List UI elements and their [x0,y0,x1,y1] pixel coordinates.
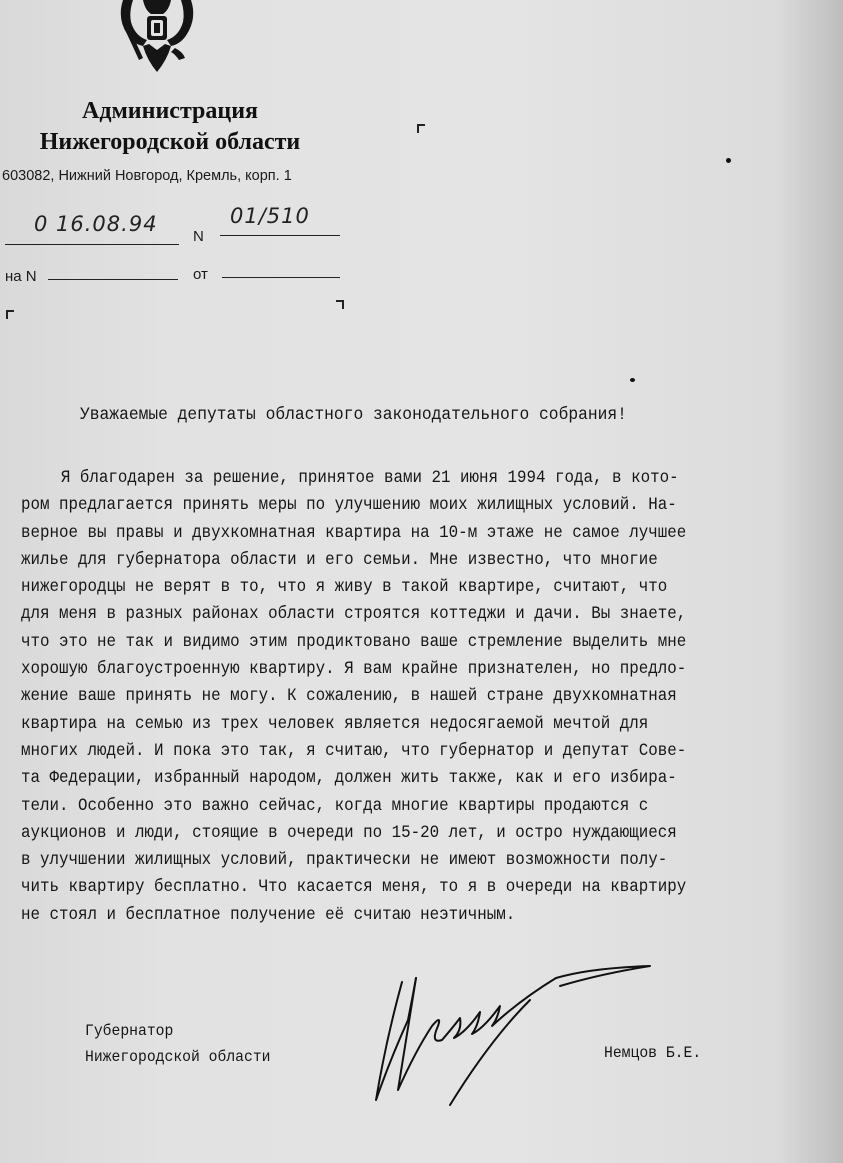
body-line: в улучшении жилищных условий, практическ… [21,847,763,874]
coat-of-arms-icon [113,0,201,74]
body-line: квартира на семью из трех человек являет… [21,711,763,738]
salutation: Уважаемые депутаты областного законодате… [80,405,627,425]
body-line: верное вы правы и двухкомнатная квартира… [21,520,763,547]
body-line: ром предлагается принять меры по улучшен… [21,492,763,519]
body-line: жение ваше принять не могу. К сожалению,… [21,683,763,710]
ref-number-label: на N [5,268,37,285]
signatory-name: Немцов Б.Е. [604,1044,701,1062]
body-line: тели. Особенно это важно сейчас, когда м… [21,793,763,820]
corner-mark-top [417,124,425,133]
body-line: хорошую благоустроенную квартиру. Я вам … [21,656,763,683]
paper-speck [726,158,731,163]
ref-from-label: от [193,266,208,283]
body-line: аукционов и люди, стоящие в очереди по 1… [21,820,763,847]
org-name-line1: Администрация [0,96,340,127]
number-field-line [220,235,340,236]
body-line: что это не так и видимо этим продиктован… [21,629,763,656]
number-value: 01/510 [230,204,310,228]
body-line: для меня в разных районах области строят… [21,601,763,628]
signatory-title-line1: Губернатор [85,1018,271,1044]
organization-name: Администрация Нижегородской области [0,96,340,158]
letter-page: Администрация Нижегородской области 6030… [0,0,843,1163]
org-address: 603082, Нижний Новгород, Кремль, корп. 1 [2,168,292,184]
signatory-title: Губернатор Нижегородской области [85,1018,271,1070]
body-line: жилье для губернатора области и его семь… [21,547,763,574]
body-line: Я благодарен за решение, принятое вами 2… [21,465,763,492]
paper-speck [630,378,635,382]
handwritten-signature-icon [350,960,670,1110]
body-line: чить квартиру бесплатно. Что касается ме… [21,874,763,901]
address-corner-mark-left [6,310,14,319]
body-line: нижегородцы не верят в то, что я живу в … [21,574,763,601]
number-label: N [193,228,204,245]
date-field-line [5,244,179,245]
body-line: не стоял и бесплатное получение её счита… [21,902,763,929]
ref-from-field-line [222,277,340,278]
ref-number-field-line [48,279,178,280]
letter-body: Я благодарен за решение, принятое вами 2… [21,465,841,929]
body-line: та Федерации, избранный народом, должен … [21,765,763,792]
date-value: 0 16.08.94 [34,212,158,236]
address-corner-mark-right [336,300,344,309]
body-line: многих людей. И пока это так, я считаю, … [21,738,763,765]
signatory-title-line2: Нижегородской области [85,1044,271,1070]
org-name-line2: Нижегородской области [0,127,340,158]
